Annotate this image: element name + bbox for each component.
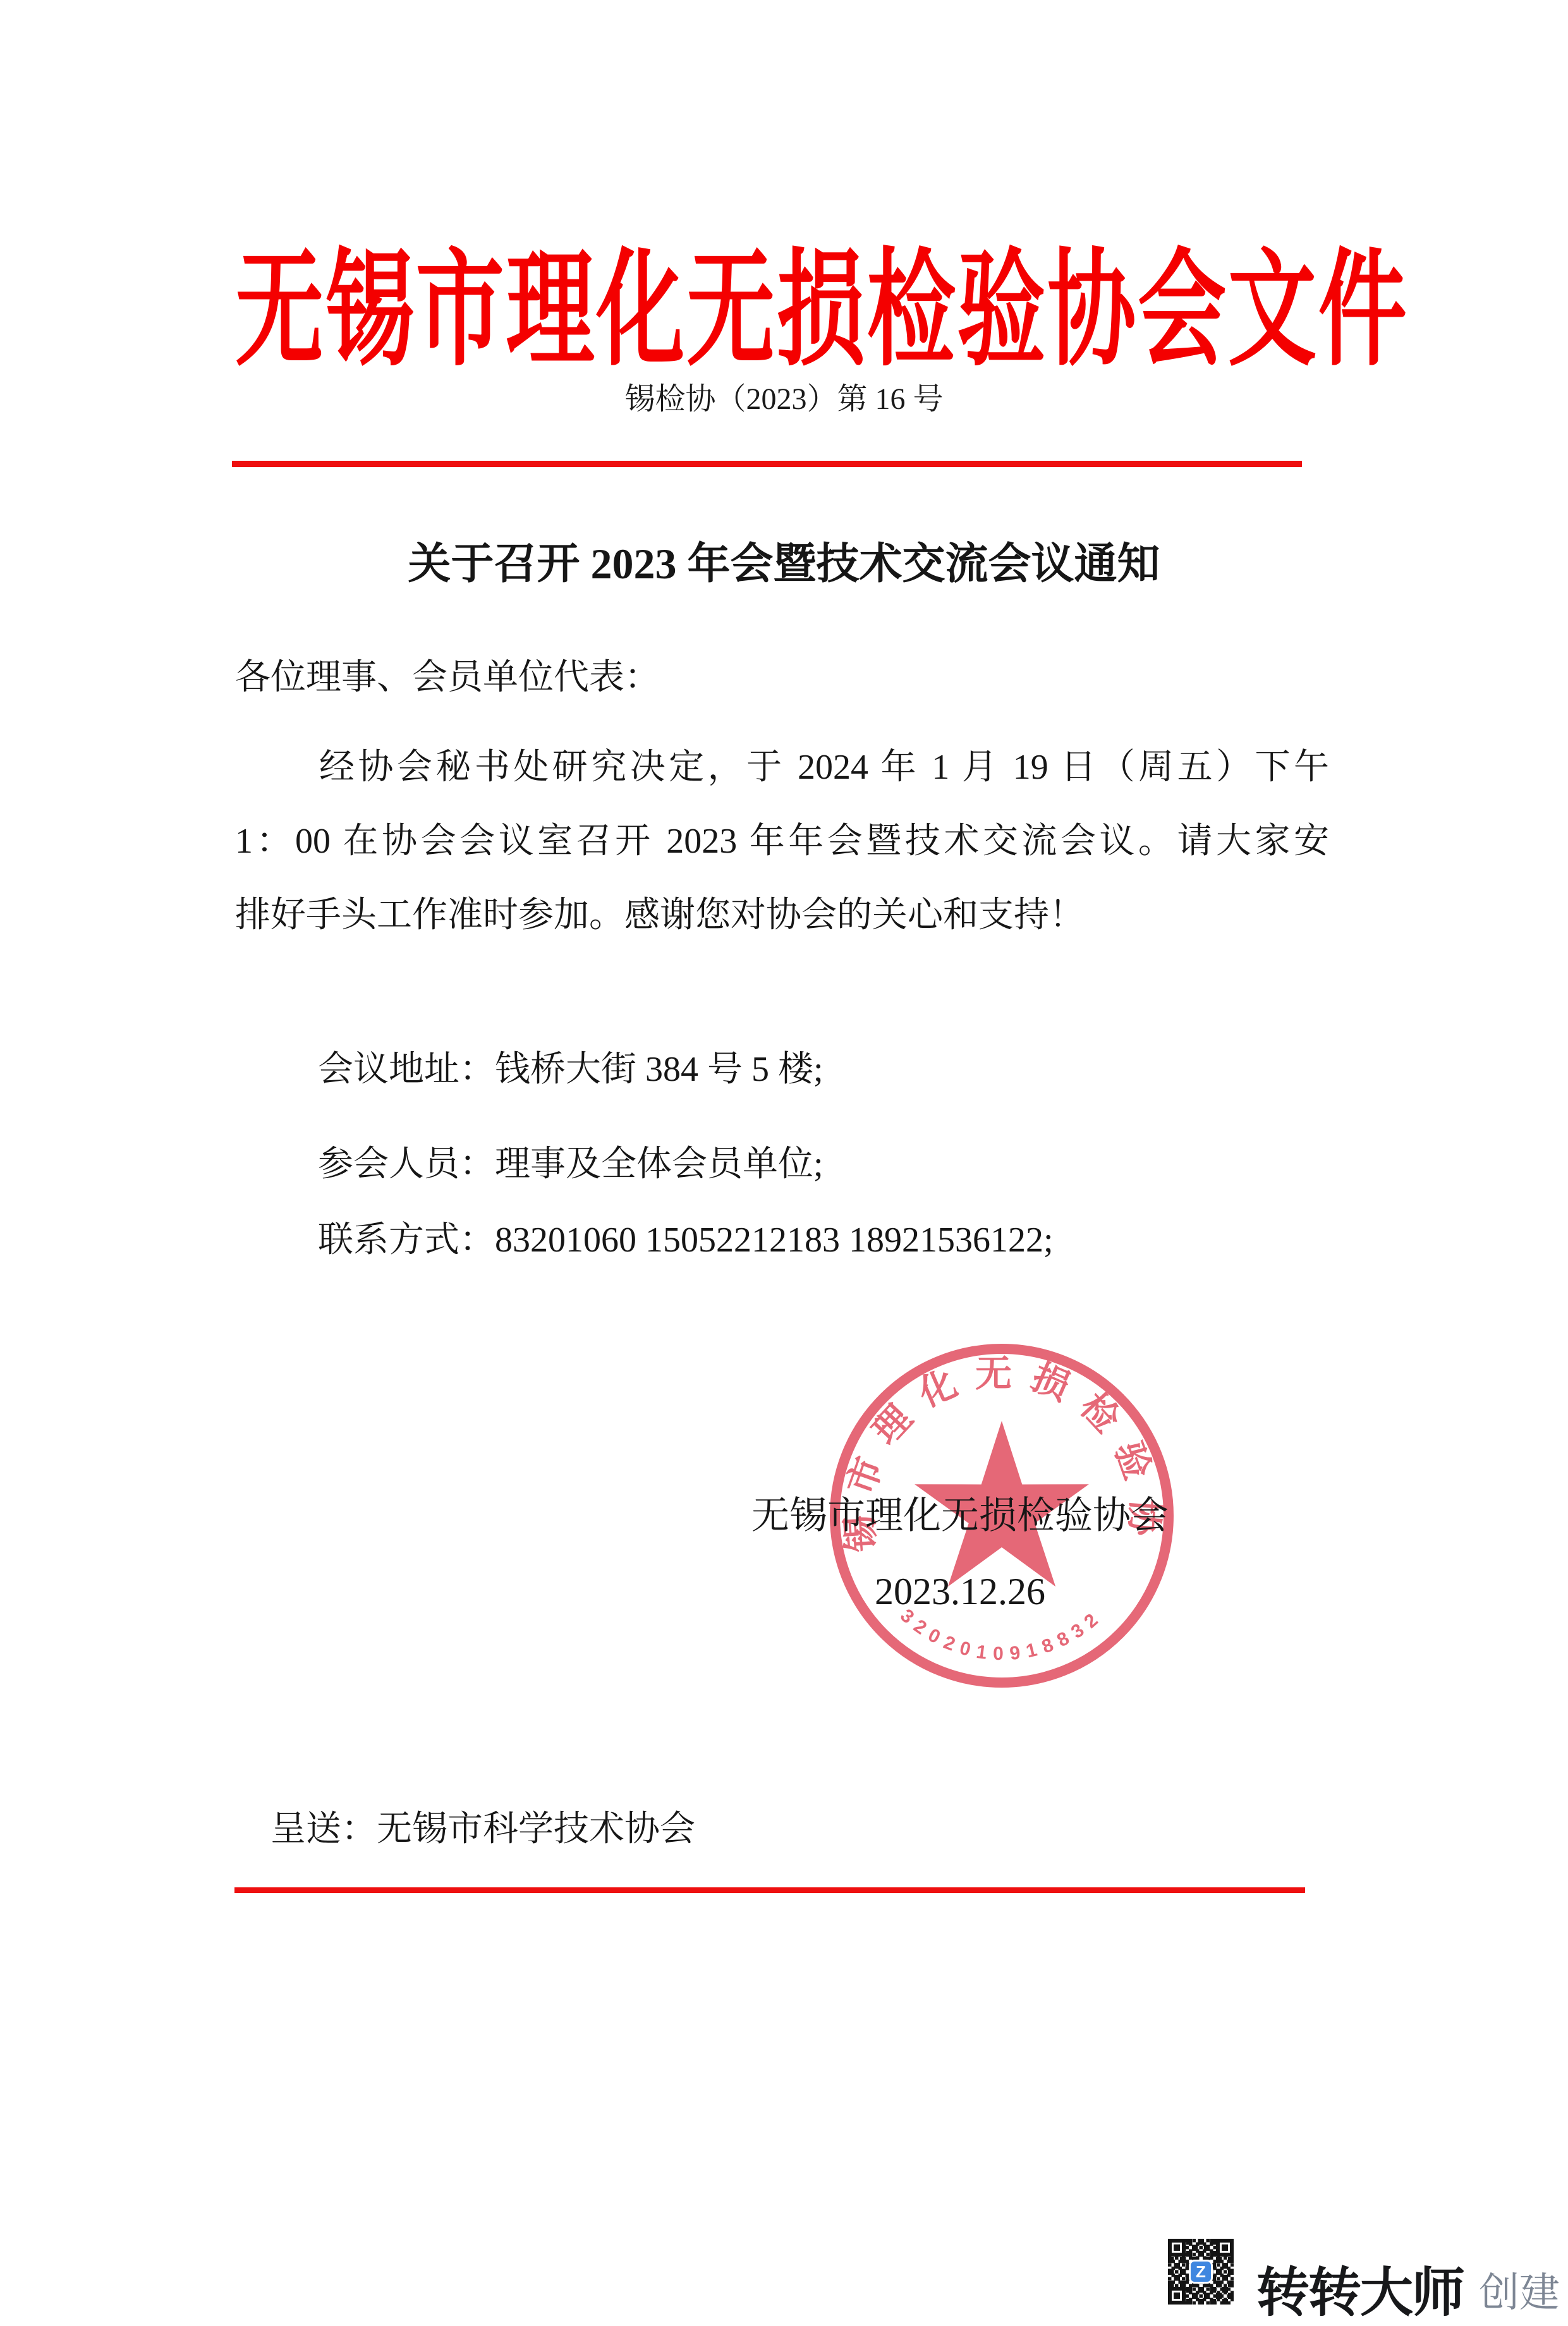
svg-text:3202010918832: 3202010918832: [896, 1605, 1107, 1665]
doc-number: 锡检协（2023）第 16 号: [0, 374, 1568, 418]
meeting-address-line: 会议地址：钱桥大街 384 号 5 楼;: [318, 1049, 824, 1090]
red-rule-bottom: [234, 1887, 1305, 1893]
participants-line: 参会人员：理事及全体会员单位;: [318, 1144, 824, 1184]
signature-date: 2023.12.26: [707, 1570, 1213, 1614]
qr-code: Z: [1168, 2239, 1234, 2305]
watermark-brand-suffix: 创建: [1479, 2260, 1560, 2318]
document-page: 无锡市理化无损检验协会文件 锡检协（2023）第 16 号 关于召开 2023 …: [0, 0, 1568, 2326]
watermark-brand-name: 转转大师: [1256, 2250, 1464, 2326]
cc-line: 呈送：无锡市科学技术协会: [270, 1809, 695, 1849]
paragraph-line-3: 排好手头工作准时参加。感谢您对协会的关心和支持！: [235, 895, 1329, 935]
greeting-line: 各位理事、会员单位代表：: [235, 657, 660, 698]
paragraph-line-2: 1：00 在协会会议室召开 2023 年年会暨技术交流会议。请大家安: [235, 821, 1329, 862]
red-rule-top: [232, 461, 1302, 467]
signature-organization: 无锡市理化无损检验协会: [707, 1485, 1213, 1540]
stamp-serial-number: 3202010918832: [896, 1605, 1107, 1665]
qr-finder-bottomleft-icon: [1168, 2287, 1186, 2305]
contact-info-line: 联系方式：83201060 15052212183 18921536122;: [318, 1220, 1054, 1260]
notice-title: 关于召开 2023 年会暨技术交流会议通知: [0, 530, 1568, 591]
qr-finder-topright-icon: [1216, 2239, 1234, 2256]
paragraph-line-1: 经协会秘书处研究决定，于 2024 年 1 月 19 日（周五）下午: [319, 747, 1329, 788]
qr-finder-topleft-icon: [1168, 2239, 1186, 2256]
red-header-title: 无锡市理化无损检验协会文件: [235, 209, 1333, 390]
qr-center-logo-icon: Z: [1189, 2260, 1213, 2284]
